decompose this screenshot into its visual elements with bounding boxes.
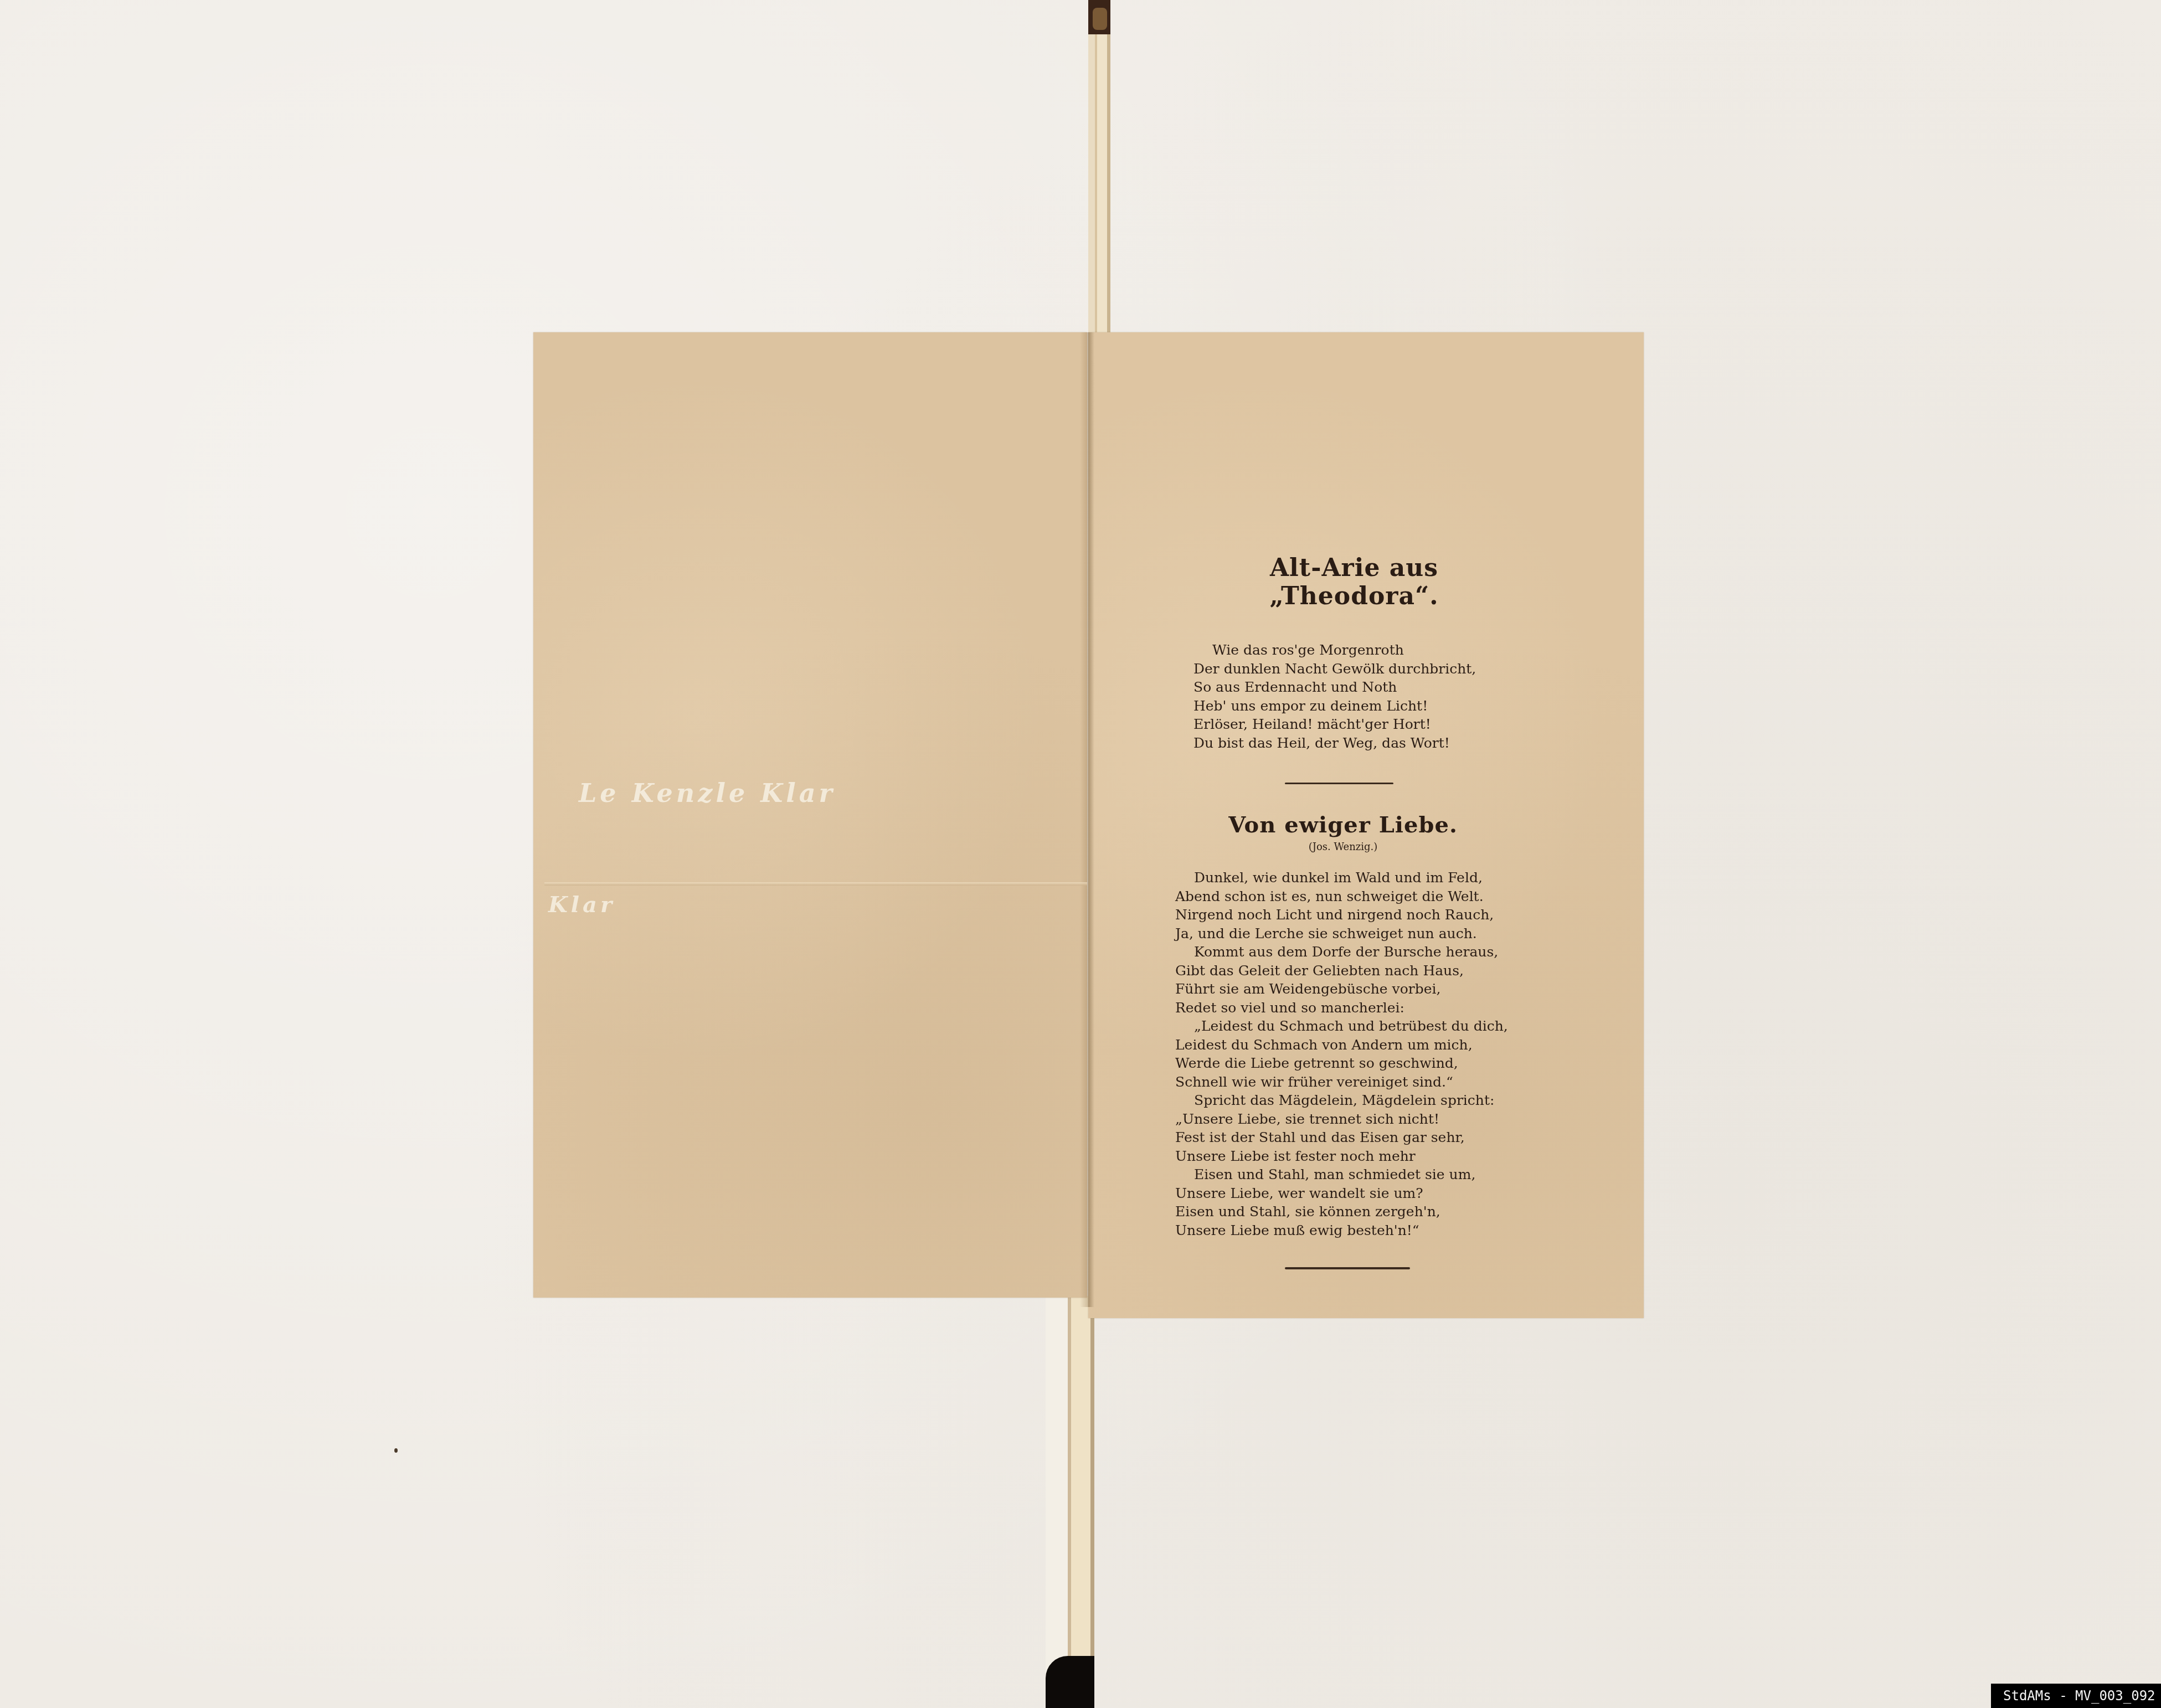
verse-line: Führt sie am Weidengebüsche vorbei, — [1175, 980, 1523, 999]
verse-line: Du bist das Heil, der Weg, das Wort! — [1193, 734, 1523, 753]
verse-line: Eisen und Stahl, man schmiedet sie um, — [1175, 1165, 1523, 1184]
binding-spine-top-cap — [1088, 0, 1110, 34]
verse-line: „Unsere Liebe, sie trennet sich nicht! — [1175, 1110, 1523, 1129]
binding-spine-top — [1088, 0, 1110, 332]
verse-line: „Leidest du Schmach und betrübest du dic… — [1175, 1017, 1523, 1036]
verse-line: Unsere Liebe muß ewig besteh'n!“ — [1175, 1221, 1523, 1240]
verse-line: Wie das ros'ge Morgenroth — [1193, 641, 1523, 660]
right-page-text: Alt-Arie aus „Theodora“. Wie das ros'ge … — [1163, 554, 1523, 1269]
verse-von-ewiger-liebe: Dunkel, wie dunkel im Wald und im Feld, … — [1175, 868, 1523, 1239]
paper-speck — [394, 1448, 398, 1453]
verse-line: Schnell wie wir früher vereiniget sind.“ — [1175, 1073, 1523, 1092]
section-title-theodora: Alt-Arie aus „Theodora“. — [1185, 554, 1523, 610]
verse-line: Heb' uns empor zu deinem Licht! — [1193, 697, 1523, 716]
section-divider — [1285, 783, 1393, 784]
verse-theodora: Wie das ros'ge Morgenroth Der dunklen Na… — [1193, 641, 1523, 752]
verse-line: Spricht das Mägdelein, Mägdelein spricht… — [1175, 1091, 1523, 1110]
verse-line: Nirgend noch Licht und nirgend noch Rauc… — [1175, 906, 1523, 924]
section-divider — [1285, 1267, 1410, 1269]
left-page — [533, 332, 1087, 1298]
verse-line: Unsere Liebe ist fester noch mehr — [1175, 1147, 1523, 1166]
archive-id-label: StdAMs - MV_003_092 — [1991, 1684, 2161, 1708]
binding-spine-bottom-cap — [1046, 1656, 1094, 1708]
verse-line: Abend schon ist es, nun schweiget die We… — [1175, 887, 1523, 906]
verse-line: Redet so viel und so mancherlei: — [1175, 999, 1523, 1017]
verse-line: Gibt das Geleit der Geliebten nach Haus, — [1175, 961, 1523, 980]
show-through-handwriting: Le Kenzle Klar — [579, 778, 836, 808]
verse-line: Erlöser, Heiland! mächt'ger Hort! — [1193, 715, 1523, 734]
verse-line: So aus Erdennacht und Noth — [1193, 678, 1523, 697]
verse-line: Dunkel, wie dunkel im Wald und im Feld, — [1175, 868, 1523, 887]
verse-line: Leidest du Schmach von Andern um mich, — [1175, 1036, 1523, 1054]
binding-spine-bottom — [1046, 1296, 1094, 1708]
verse-line: Der dunklen Nacht Gewölk durchbricht, — [1193, 660, 1523, 678]
verse-line: Eisen und Stahl, sie können zergeh'n, — [1175, 1202, 1523, 1221]
verse-line: Ja, und die Lerche sie schweiget nun auc… — [1175, 924, 1523, 943]
page-gutter — [1080, 332, 1094, 1307]
verse-line: Kommt aus dem Dorfe der Bursche heraus, — [1175, 943, 1523, 961]
verse-line: Fest ist der Stahl und das Eisen gar seh… — [1175, 1128, 1523, 1147]
verse-line: Unsere Liebe, wer wandelt sie um? — [1175, 1184, 1523, 1203]
author-byline: (Jos. Wenzig.) — [1163, 841, 1523, 853]
section-title-von-ewiger-liebe: Von ewiger Liebe. — [1163, 812, 1523, 838]
verse-line: Werde die Liebe getrennt so geschwind, — [1175, 1054, 1523, 1073]
show-through-handwriting: Klar — [548, 892, 615, 918]
fold-crease — [544, 882, 1087, 886]
